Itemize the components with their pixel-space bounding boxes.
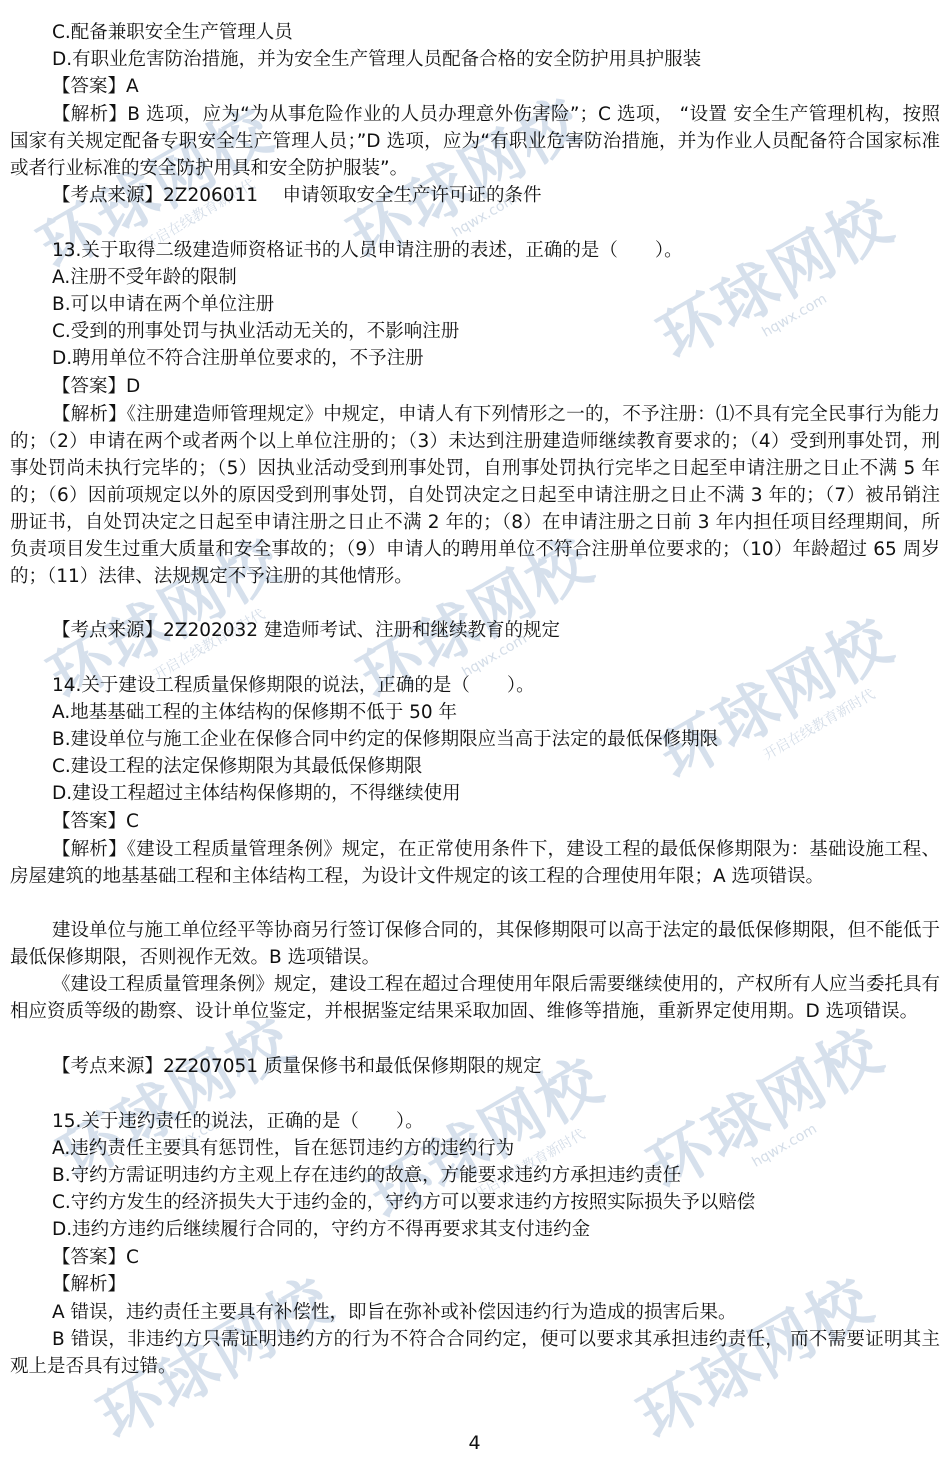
question-15-stem: 15.关于违约责任的说法，正确的是（ ）。 [52,1109,424,1135]
question-13-source: 【考点来源】2Z202032 建造师考试、注册和继续教育的规定 [52,618,560,644]
watermark: 环球网校 开启在线教育新时代 [640,592,913,809]
question-14-analysis-2: 建设单位与施工单位经平等协商另行签订保修合同的，其保修期限可以高于法定的最低保修… [10,917,940,971]
question-15-option-c: C.守约方发生的经济损失大于违约金的，守约方可以要求违约方按照实际损失予以赔偿 [52,1190,755,1216]
question-13-analysis: 【解析】《注册建造师管理规定》中规定，申请人有下列情形之一的，不予注册：⑴不具有… [10,401,940,590]
question-14-option-d: D.建设工程超过主体结构保修期的，不得继续使用 [52,781,461,807]
question-14-source: 【考点来源】2Z207051 质量保修书和最低保修期限的规定 [52,1054,541,1080]
question-14-option-c: C.建设工程的法定保修期限为其最低保修期限 [52,754,422,780]
question-13-option-a: A.注册不受年龄的限制 [52,265,237,291]
question-15-option-b: B.守约方需证明违约方主观上存在违约的故意，方能要求违约方承担违约责任 [52,1163,681,1189]
question-14-analysis-3: 《建设工程质量管理条例》规定，建设工程在超过合理使用年限后需要继续使用的，产权所… [10,971,940,1025]
source: 【考点来源】2Z206011 申请领取安全生产许可证的条件 [52,183,541,209]
question-14-analysis-1: 【解析】《建设工程质量管理条例》规定，在正常使用条件下，建设工程的最低保修期限为… [10,836,940,890]
question-13-option-b: B.可以申请在两个单位注册 [52,292,274,318]
question-14-option-b: B.建设单位与施工企业在保修合同中约定的保修期限应当高于法定的最低保修期限 [52,727,718,753]
question-14-option-a: A.地基基础工程的主体结构的保修期不低于 50 年 [52,700,457,726]
watermark: 环球网校 hqwx.com [640,172,911,386]
question-13-option-d: D.聘用单位不符合注册单位要求的，不予注册 [52,346,424,372]
question-13-option-c: C.受到的刑事处罚与执业活动无关的，不影响注册 [52,319,459,345]
question-13-stem: 13.关于取得二级建造师资格证书的人员申请注册的表述，正确的是（ ）。 [52,238,683,264]
question-14-stem: 14.关于建设工程质量保修期限的说法，正确的是（ ）。 [52,673,535,699]
question-15-analysis-label: 【解析】 [52,1272,126,1298]
document-page: 环球网校 开启在线教育新时代 环球网校 hqwx.com 环球网校 hqwx.c… [0,0,949,1471]
question-15-option-d: D.违约方违约后继续履行合同的，守约方不得再要求其支付违约金 [52,1217,590,1243]
question-15-analysis-2: B 错误，非违约方只需证明违约方的行为不符合合同约定，便可以要求其承担违约责任，… [10,1326,940,1380]
option-d: D.有职业危害防治措施，并为安全生产管理人员配备合格的安全防护用具护服装 [52,47,701,73]
analysis: 【解析】B 选项，应为“为从事危险作业的人员办理意外伤害险”；C 选项， “设置… [10,101,940,182]
option-c: C.配备兼职安全生产管理人员 [52,20,293,46]
page-number: 4 [0,1432,949,1454]
question-15-option-a: A.违约责任主要具有惩罚性，旨在惩罚违约方的违约行为 [52,1136,514,1162]
answer: 【答案】A [52,74,139,100]
question-15-answer: 【答案】C [52,1245,139,1271]
question-14-answer: 【答案】C [52,809,139,835]
question-13-answer: 【答案】D [52,374,140,400]
question-15-analysis-1: A 错误，违约责任主要具有补偿性，即旨在弥补或补偿因违约行为造成的损害后果。 [10,1299,940,1326]
